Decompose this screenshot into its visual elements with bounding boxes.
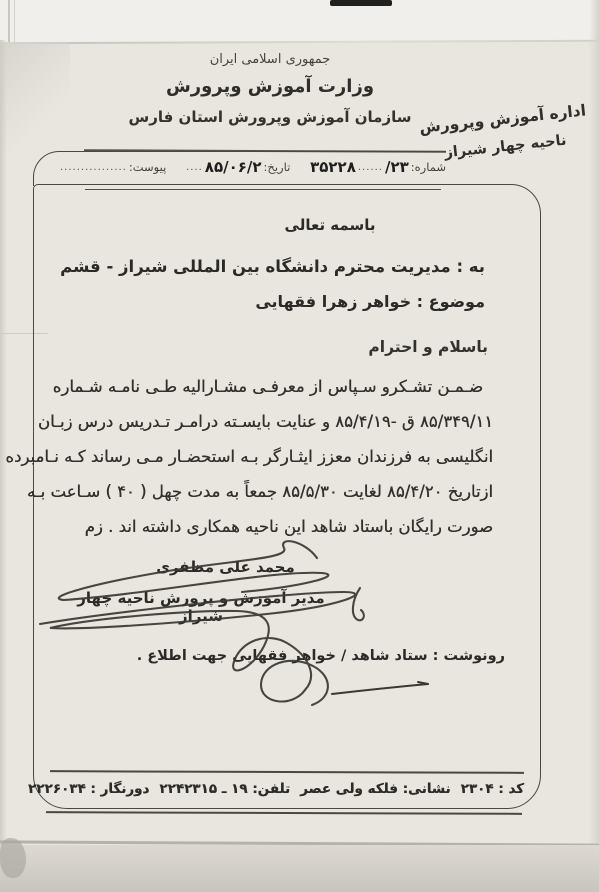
scanner-shadow-bottom	[0, 845, 599, 892]
frame-top-accent-rule	[85, 189, 441, 190]
letter-body: ضـمـن تشـکرو سـپاس از معرفـی مشـارالیه ط…	[57, 369, 493, 544]
body-line: ۸۵/۳۴۹/۱۱ ق -۸۵/۴/۱۹ و عنایت بایسـته درا…	[57, 404, 493, 439]
attachment-label: پیوست:	[129, 160, 166, 174]
letter-number-label: شماره:	[411, 160, 446, 174]
date-dots: ....	[186, 162, 203, 173]
subject-line: موضوع : خواهر زهرا فقهایی	[60, 292, 485, 311]
scanned-letter: جمهوری اسلامی ایران وزارت آموزش وپرورش س…	[0, 0, 599, 892]
letter-number-handwritten-prefix: ۲۳/	[385, 158, 409, 176]
letterhead-ministry: وزارت آموزش وپرورش	[120, 76, 420, 97]
paper-stain	[0, 838, 26, 878]
letter-number-dots: ......	[358, 162, 383, 173]
letterhead-country: جمهوری اسلامی ایران	[120, 52, 420, 67]
letterhead-organization: سازمان آموزش وپرورش استان فارس	[120, 108, 420, 126]
footer-address: نشانی: فلکه ولی عصر	[300, 781, 451, 797]
letter-number-value: ۳۵۲۲۸	[310, 158, 356, 176]
date-label: تاریخ:	[264, 160, 291, 174]
salutation-line: باسلام و احترام	[60, 338, 488, 356]
date-value: ۸۵/۰۶/۲	[205, 158, 262, 176]
footer-row: کد : ۲۳۰۴ نشانی: فلکه ولی عصر تلفن: ۱۹ ـ…	[28, 781, 524, 797]
footer-phone: تلفن: ۱۹ ـ ۲۲۴۲۳۱۵	[159, 781, 290, 797]
recipient-line: به : مدیریت محترم دانشگاه بین المللی شیر…	[60, 257, 485, 276]
body-line: ضـمـن تشـکرو سـپاس از معرفـی مشـارالیه ط…	[57, 369, 493, 404]
scanner-shadow-top-left	[0, 42, 70, 152]
attachment-dots: ................	[60, 162, 127, 173]
basmala-text: باسمه تعالی	[255, 216, 405, 234]
body-line: انگلیسی به فرزندان معزز ایثـارگر بـه است…	[57, 439, 493, 474]
body-line: ازتاریخ ۸۵/۴/۲۰ لغایت ۸۵/۵/۳۰ جمعاً به م…	[57, 474, 493, 509]
paper-top-strip	[0, 0, 599, 42]
meta-row: شماره: ۲۳/ ...... ۳۵۲۲۸ تاریخ: ۸۵/۰۶/۲ .…	[60, 156, 446, 178]
footer-bottom-rule	[46, 811, 522, 814]
paper-crease	[14, 0, 15, 46]
footer-code: کد : ۲۳۰۴	[461, 781, 524, 797]
letter-date-group: تاریخ: ۸۵/۰۶/۲ ....	[186, 158, 290, 176]
attachment-group: پیوست: ................	[60, 160, 166, 174]
staple-mark	[330, 0, 392, 6]
footer-fax: دورنگار : ۲۲۲۶۰۳۴	[28, 781, 149, 797]
letterhead-department: اداره آموزش وپرورش	[416, 101, 589, 137]
paper-crease	[8, 0, 10, 46]
cc-underline-arrow	[328, 678, 438, 700]
letter-number-group: شماره: ۲۳/ ...... ۳۵۲۲۸	[310, 158, 446, 176]
